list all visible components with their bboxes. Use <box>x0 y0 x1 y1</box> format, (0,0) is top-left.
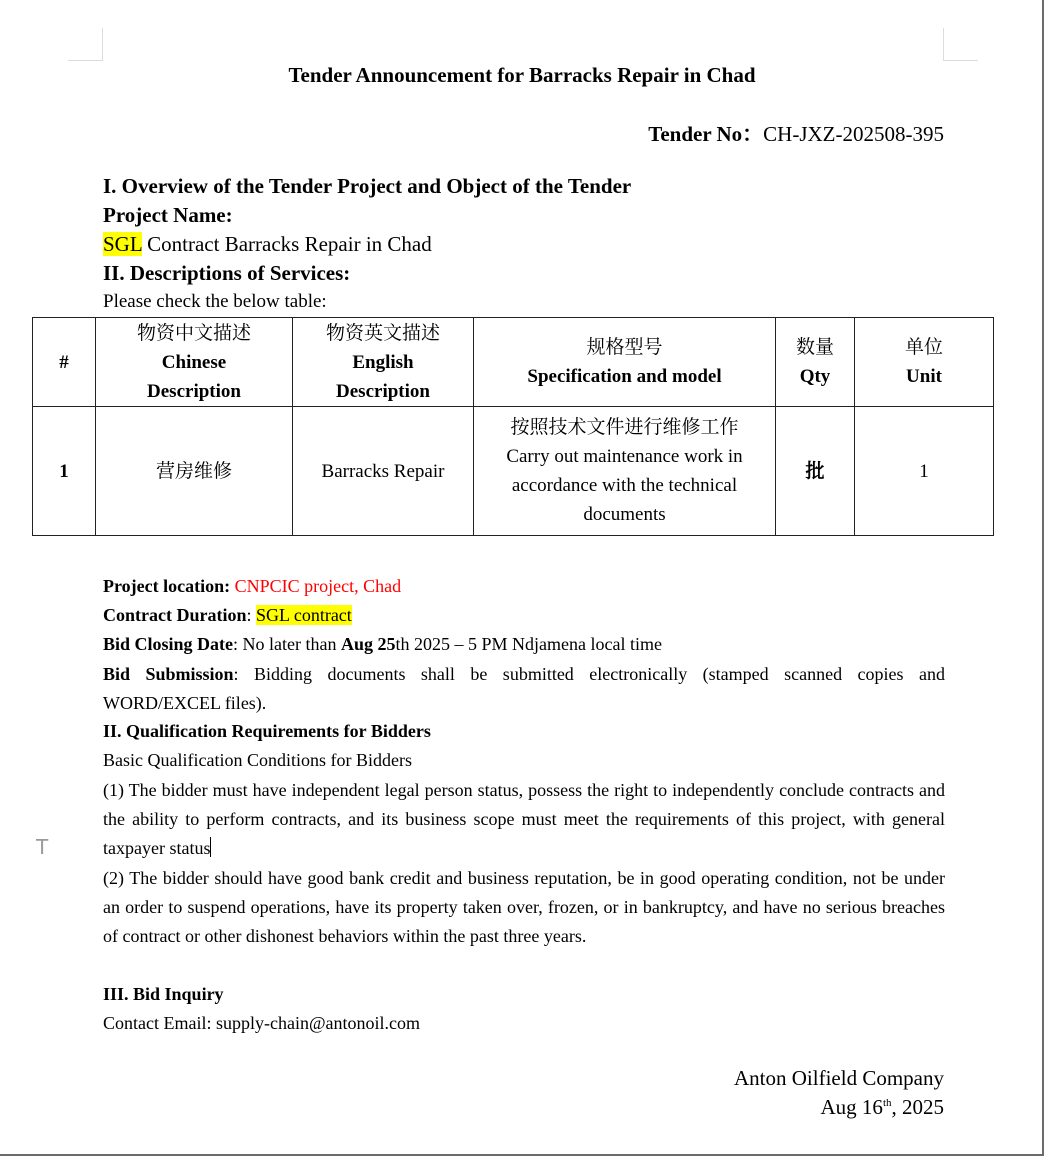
header-specification: 规格型号Specification and model <box>474 318 776 407</box>
qualification-heading: II. Qualification Requirements for Bidde… <box>103 721 431 742</box>
cell-unit: 1 <box>855 407 994 536</box>
section-1-heading: I. Overview of the Tender Project and Ob… <box>103 174 631 199</box>
signature-company: Anton Oilfield Company <box>734 1066 944 1091</box>
services-table: # 物资中文描述Chinese Description 物资英文描述Englis… <box>32 317 994 536</box>
bid-closing-date: Bid Closing Date: No later than Aug 25th… <box>103 634 662 655</box>
contact-email: Contact Email: supply-chain@antonoil.com <box>103 1013 420 1034</box>
contact-email-link[interactable]: supply-chain@antonoil.com <box>216 1013 420 1033</box>
table-header-row: # 物资中文描述Chinese Description 物资英文描述Englis… <box>33 318 994 407</box>
inquiry-heading: III. Bid Inquiry <box>103 984 224 1005</box>
tender-number: Tender No：CH-JXZ-202508-395 <box>648 118 944 148</box>
cell-english-description: Barracks Repair <box>293 407 474 536</box>
project-location: Project location: CNPCIC project, Chad <box>103 576 401 597</box>
cell-num: 1 <box>33 407 96 536</box>
project-name-highlight: SGL <box>103 232 142 256</box>
header-num: # <box>33 318 96 407</box>
project-name: SGL Contract Barracks Repair in Chad <box>103 232 432 257</box>
qualification-subheading: Basic Qualification Conditions for Bidde… <box>103 750 412 771</box>
requirement-2: (2) The bidder should have good bank cre… <box>103 864 945 951</box>
contract-duration-value: SGL contract <box>256 605 352 625</box>
project-location-value: CNPCIC project, Chad <box>235 576 402 596</box>
requirement-1: (1) The bidder must have independent leg… <box>103 776 945 863</box>
margin-corner-top-left <box>68 28 103 61</box>
project-name-label: Project Name: <box>103 203 233 228</box>
document-title: Tender Announcement for Barracks Repair … <box>0 63 1044 88</box>
bid-submission: Bid Submission: Bidding documents shall … <box>103 660 945 718</box>
header-english-description: 物资英文描述English Description <box>293 318 474 407</box>
margin-corner-top-right <box>943 28 978 61</box>
text-cursor <box>210 837 211 857</box>
project-name-text: Contract Barracks Repair in Chad <box>142 232 432 256</box>
margin-text-marker-icon: T <box>36 835 48 859</box>
section-2-heading: II. Descriptions of Services: <box>103 261 350 286</box>
signature-date: Aug 16th, 2025 <box>821 1095 944 1120</box>
cell-chinese-description: 营房维修 <box>96 407 293 536</box>
tender-number-value: CH-JXZ-202508-395 <box>763 122 944 146</box>
cell-qty: 批 <box>776 407 855 536</box>
tender-number-label: Tender No： <box>648 122 763 146</box>
contract-duration: Contract Duration: SGL contract <box>103 605 352 626</box>
table-row: 1 营房维修 Barracks Repair 按照技术文件进行维修工作Carry… <box>33 407 994 536</box>
header-chinese-description: 物资中文描述Chinese Description <box>96 318 293 407</box>
cell-specification: 按照技术文件进行维修工作Carry out maintenance work i… <box>474 407 776 536</box>
table-intro: Please check the below table: <box>103 291 327 313</box>
header-unit: 单位Unit <box>855 318 994 407</box>
header-qty: 数量Qty <box>776 318 855 407</box>
